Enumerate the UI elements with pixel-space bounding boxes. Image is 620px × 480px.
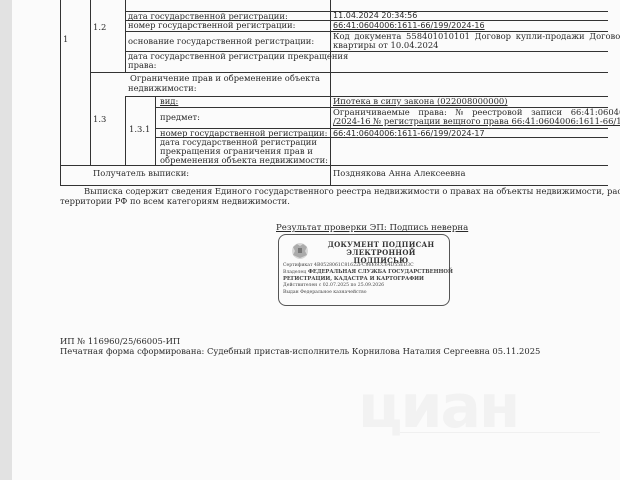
section-number-1: 1	[63, 35, 68, 45]
stamp-validity: Действителен с 02.07.2025 по 25.09.2026	[283, 283, 384, 289]
label-termination-date-1: дата государственной регистрации прекращ…	[128, 52, 348, 62]
stamp-owner-2: РЕГИСТРАЦИИ, КАДАСТРА И КАРТОГРАФИИ	[283, 276, 424, 282]
encumbrance-heading-2: недвижимости:	[128, 84, 197, 94]
col-divider-2b	[125, 96, 126, 166]
electronic-signature-stamp: ДОКУМЕНТ ПОДПИСАН ЭЛЕКТРОННОЙ ПОДПИСЬЮ С…	[278, 234, 450, 306]
label-registration-basis: основание государственной регистрации:	[128, 37, 314, 47]
label-encumbrance-subject: предмет:	[160, 113, 200, 123]
stamp-owner-name-1: ФЕДЕРАЛЬНАЯ СЛУЖБА ГОСУДАРСТВЕННОЙ	[308, 269, 453, 275]
label-encumbrance-type: вид:	[160, 97, 178, 107]
col-divider-value	[330, 0, 331, 186]
signature-check-result: Результат проверки ЭП: Подпись неверна	[276, 224, 468, 234]
stamp-owner-label: Владелец	[283, 270, 306, 275]
note-line-2: территории РФ по всем категориям недвижи…	[60, 197, 290, 207]
table-border-left	[60, 0, 61, 186]
col-divider-1	[90, 0, 91, 166]
value-registration-basis-2: квартиры от 10.04.2024	[333, 41, 439, 51]
value-encumbrance-type: Ипотека в силу закона (022008000000)	[333, 97, 508, 107]
watermark-underline	[400, 432, 600, 447]
row-line	[60, 165, 608, 166]
stamp-issuer: Выдан Федеральное казначейство	[283, 290, 367, 296]
label-encumbrance-termination-3: обременения объекта недвижимости:	[160, 156, 328, 166]
section-number-1-2: 1.2	[93, 23, 106, 33]
viewer-left-margin	[0, 0, 12, 480]
stamp-owner-1: Владелец ФЕДЕРАЛЬНАЯ СЛУЖБА ГОСУДАРСТВЕН…	[283, 269, 453, 276]
row-line	[125, 96, 155, 97]
value-registration-number: 66:41:0604006:1611-66/199/2024-16	[333, 21, 485, 31]
section-number-1-3: 1.3	[93, 115, 106, 125]
value-recipient: Позднякова Анна Алексеевна	[333, 169, 466, 179]
printed-by: Печатная форма сформирована: Судебный пр…	[60, 347, 540, 357]
value-encumbrance-subject-2: /2024-16 № регистрации вещного права 66:…	[333, 117, 620, 127]
label-recipient: Получатель выписки:	[93, 169, 189, 179]
coat-of-arms-icon	[289, 239, 311, 261]
label-termination-date-2: права:	[128, 61, 156, 71]
value-registration-date: 11.04.2024 20:34:56	[333, 11, 417, 21]
value-encumbrance-number: 66:41:0604006:1611-66/199/2024-17	[333, 129, 485, 139]
section-number-1-3-1: 1.3.1	[129, 125, 150, 135]
label-registration-number: номер государственной регистрации:	[128, 21, 295, 31]
